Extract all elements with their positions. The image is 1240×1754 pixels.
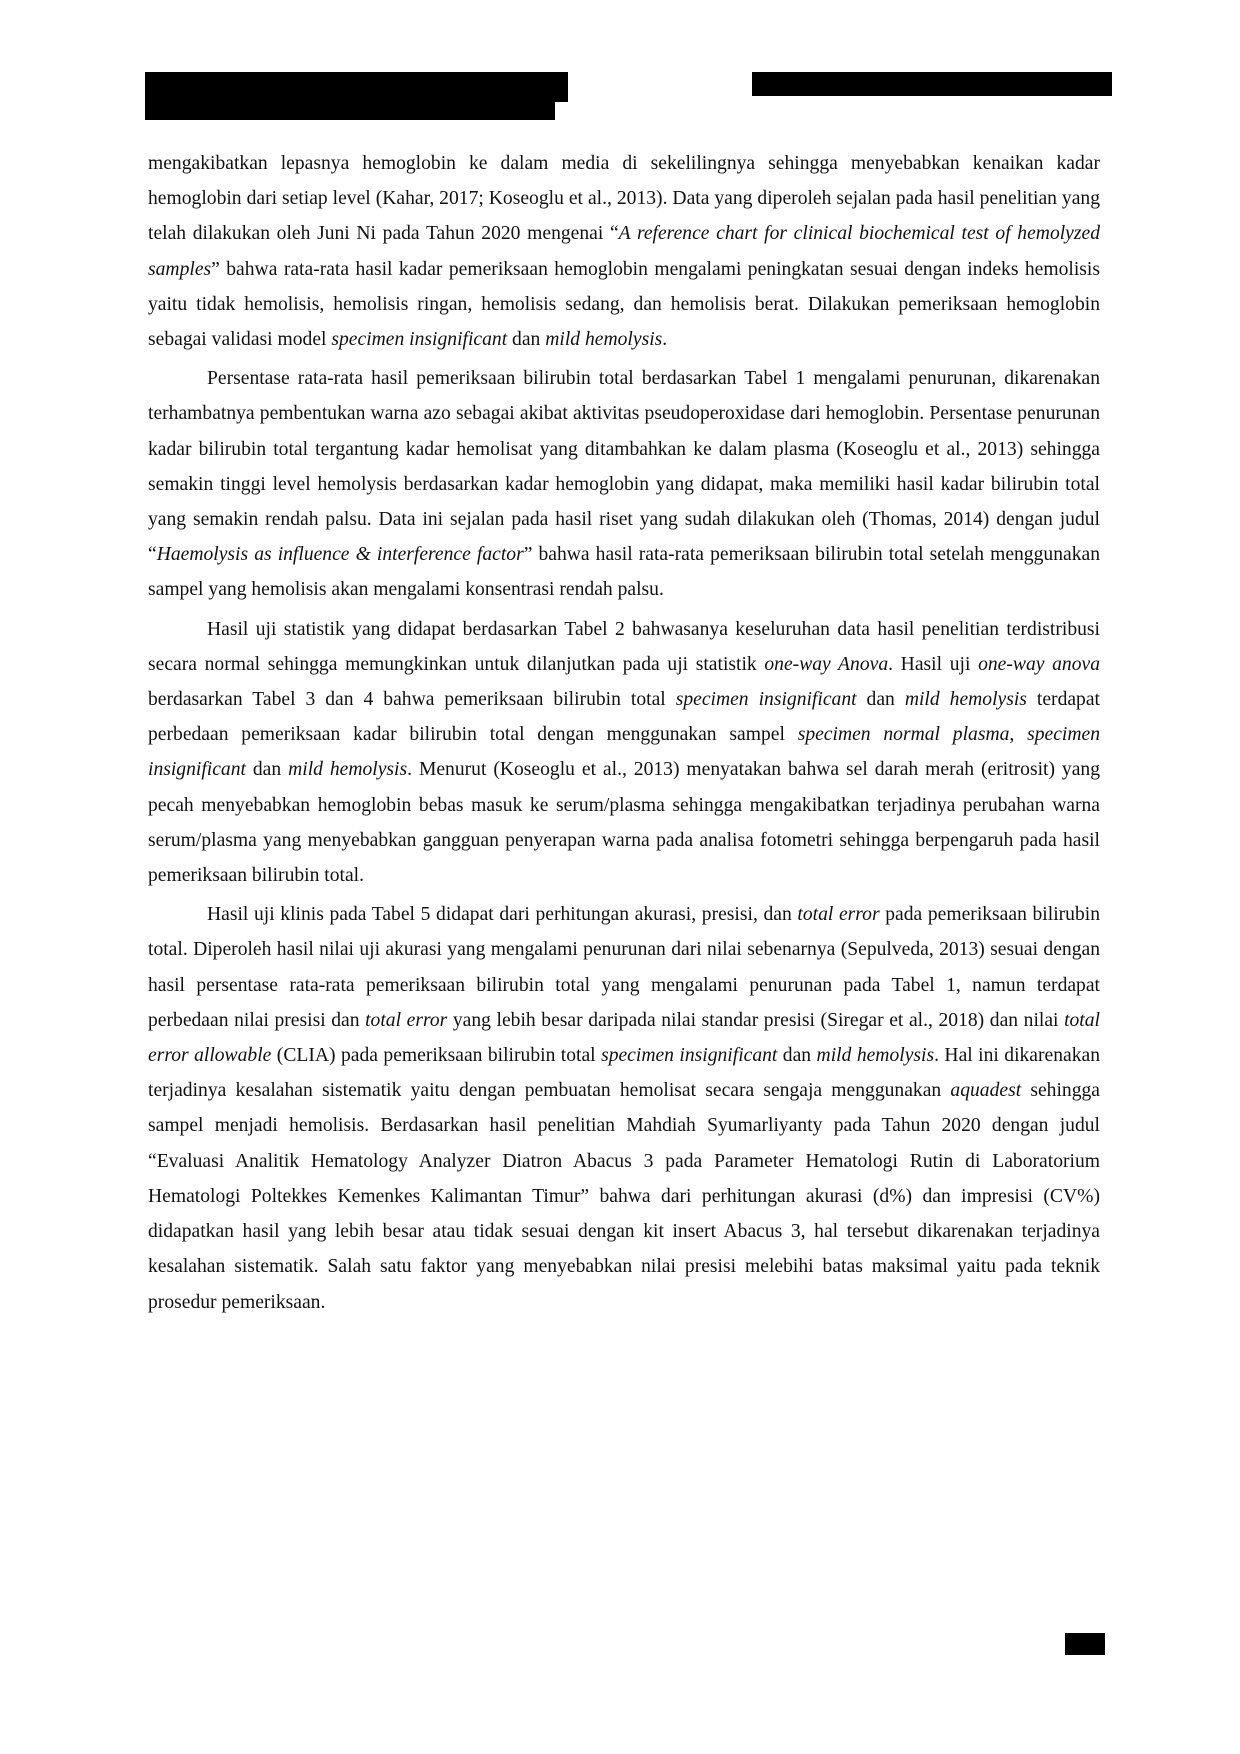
italic-term: mild hemolysis — [545, 329, 662, 350]
italic-term: total error — [797, 904, 879, 925]
text-run: dan — [777, 1045, 816, 1066]
text-run: dan — [507, 329, 545, 350]
italic-term: mild hemolysis — [817, 1045, 935, 1066]
text-run: Hasil uji klinis pada Tabel 5 didapat da… — [207, 904, 797, 925]
text-run: sehingga sampel menjadi hemolisis. Berda… — [148, 1080, 1100, 1312]
paragraph: mengakibatkan lepasnya hemoglobin ke dal… — [148, 146, 1100, 357]
text-run: yang lebih besar daripada nilai standar … — [447, 1010, 1064, 1031]
text-run: Persentase rata-rata hasil pemeriksaan b… — [148, 368, 1100, 565]
italic-term: specimen insignificant — [676, 689, 857, 710]
italic-term: one-way anova — [978, 654, 1100, 675]
italic-term: specimen normal plasma — [798, 724, 1010, 745]
header-right-redacted — [752, 72, 1112, 96]
text-run: berdasarkan Tabel 3 dan 4 bahwa pemeriks… — [148, 689, 676, 710]
text-run: . — [662, 329, 667, 350]
text-run: dan — [857, 689, 905, 710]
paragraph: Hasil uji klinis pada Tabel 5 didapat da… — [148, 897, 1100, 1319]
italic-term: specimen insignificant — [331, 329, 507, 350]
italic-term: Haemolysis as influence & interference f… — [157, 544, 524, 565]
header-left-redacted — [145, 72, 568, 102]
text-run: , — [1009, 724, 1027, 745]
body-text: mengakibatkan lepasnya hemoglobin ke dal… — [148, 146, 1100, 1320]
italic-term: mild hemolysis — [905, 689, 1027, 710]
paragraph: Hasil uji statistik yang didapat berdasa… — [148, 612, 1100, 894]
text-run: . Hasil uji — [888, 654, 978, 675]
italic-term: total error — [365, 1010, 447, 1031]
page-number-redacted — [1065, 1633, 1105, 1655]
italic-term: aquadest — [950, 1080, 1021, 1101]
italic-term: mild hemolysis — [288, 759, 407, 780]
italic-term: specimen insignificant — [601, 1045, 777, 1066]
text-run: dan — [246, 759, 288, 780]
text-run: (CLIA) pada pemeriksaan bilirubin total — [271, 1045, 601, 1066]
paragraph: Persentase rata-rata hasil pemeriksaan b… — [148, 361, 1100, 607]
italic-term: one-way Anova — [764, 654, 888, 675]
header-left-redacted-2 — [145, 100, 555, 120]
